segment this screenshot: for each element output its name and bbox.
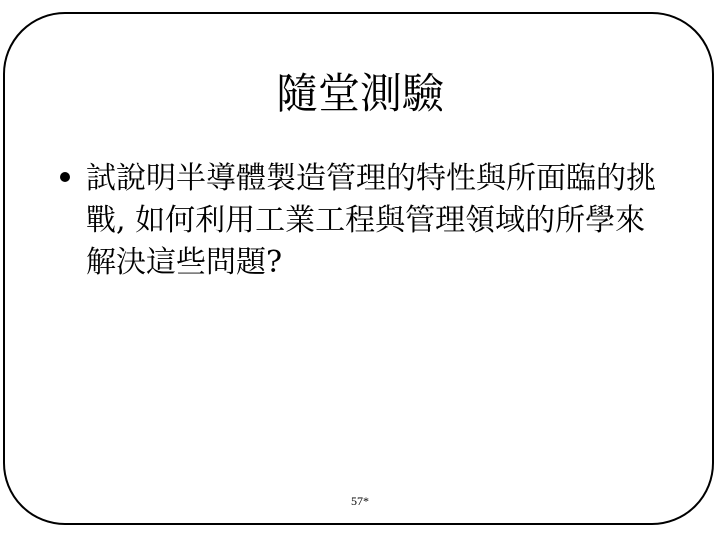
page-number: 57* <box>0 494 720 509</box>
bullet-dot-icon <box>60 172 70 182</box>
bullet-text: 試說明半導體製造管理的特性與所面臨的挑戰, 如何利用工業工程與管理領域的所學來解… <box>86 158 666 284</box>
slide-title: 隨堂測驗 <box>0 68 720 120</box>
bullet-item: 試說明半導體製造管理的特性與所面臨的挑戰, 如何利用工業工程與管理領域的所學來解… <box>56 158 676 284</box>
bullet-list: 試說明半導體製造管理的特性與所面臨的挑戰, 如何利用工業工程與管理領域的所學來解… <box>56 158 676 284</box>
